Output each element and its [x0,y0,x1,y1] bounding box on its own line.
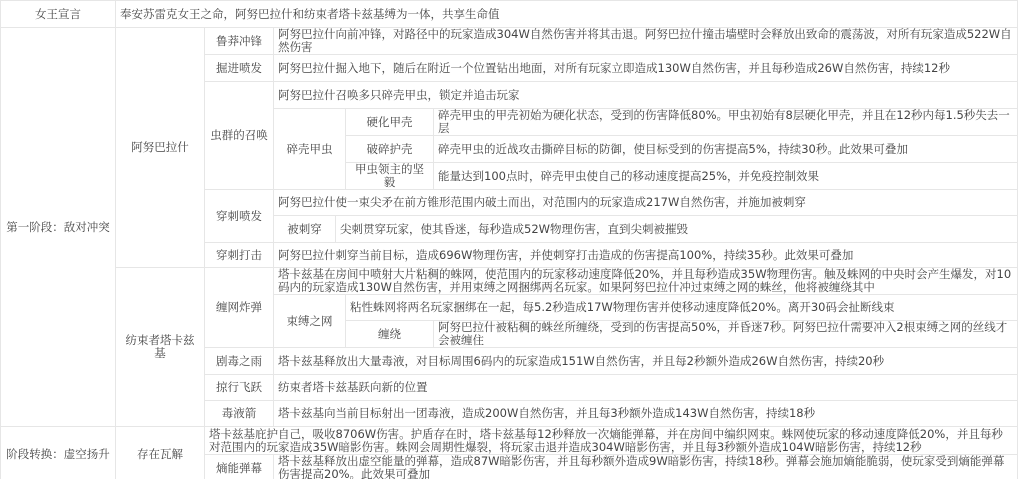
sub-ability-name: 熵能弹幕 [205,455,274,479]
ability-desc: 塔卡兹基向当前目标射出一团毒液，造成200W自然伤害，并且每3秒额外造成143W… [274,401,1018,427]
ability-name: 掠行飞跃 [205,375,274,401]
boss-anubarash-name: 阿努巴拉什 [116,28,205,268]
ability-desc: 阿努巴拉什召唤多只碎壳甲虫，锁定并追击玩家 [274,82,1018,109]
queen-decree-label: 女王宣言 [1,1,116,28]
ability-name: 掘进喷发 [205,55,274,82]
sub-ability-name: 被刺穿 [274,216,336,243]
boss-takazj-name: 纺束者塔卡兹基 [116,268,205,427]
table-row-unravel: 阶段转换：虚空扬升 存在瓦解 塔卡兹基庇护自己，吸收8706W伤害。护盾存在时，… [1,427,1018,455]
sub-ability-name: 束缚之网 [274,295,346,348]
ability-desc: 塔卡兹基庇护自己，吸收8706W伤害。护盾存在时，塔卡兹基每12秒释放一次熵能弹… [205,427,1018,455]
table-row-web-bomb: 纺束者塔卡兹基 缠网炸弹 塔卡兹基在房间中喷射大片粘稠的蛛网，使范围内的玩家移动… [1,268,1018,295]
sub-ability-desc: 阿努巴拉什被粘稠的蛛丝所缠绕，受到的伤害提高50%，并昏迷7秒。阿努巴拉什需要冲… [434,321,1018,348]
ability-name: 穿刺打击 [205,243,274,268]
transition-label: 阶段转换：虚空扬升 [1,427,116,479]
ability-desc: 阿努巴拉什刺穿当前目标，造成696W物理伤害，并使刺穿打击造成的伤害提高100%… [274,243,1018,268]
sub-ability-name: 缠绕 [346,321,434,348]
sub-ability-desc: 粘性蛛网将两名玩家捆绑在一起，每5.2秒造成17W物理伤害并使移动速度降低20%… [346,295,1018,321]
sub-ability-name: 破碎护壳 [346,136,434,163]
queen-decree-desc: 奉安苏雷克女王之命，阿努巴拉什和纺束者塔卡兹基缚为一体，共享生命值 [116,1,1018,28]
ability-name: 缠网炸弹 [205,268,274,348]
ability-name: 剧毒之雨 [205,348,274,375]
sub-ability-name: 甲虫领主的坚毅 [346,163,434,190]
ability-desc: 塔卡兹基释放出大量毒液，对目标周围6码内的玩家造成151W自然伤害，并且每2秒额… [274,348,1018,375]
table-row-queen-decree: 女王宣言 奉安苏雷克女王之命，阿努巴拉什和纺束者塔卡兹基缚为一体，共享生命值 [1,1,1018,28]
ability-name: 鲁莽冲锋 [205,28,274,55]
table-row-reckless-charge: 第一阶段：敌对冲突 阿努巴拉什 鲁莽冲锋 阿努巴拉什向前冲锋，对路径中的玩家造成… [1,28,1018,55]
boss-abilities-table: 女王宣言 奉安苏雷克女王之命，阿努巴拉什和纺束者塔卡兹基缚为一体，共享生命值 第… [0,0,1018,479]
ability-name: 穿刺喷发 [205,190,274,243]
sub-ability-desc: 塔卡兹基释放出虚空能量的弹幕，造成87W暗影伤害，并且每秒额外造成9W暗影伤害，… [274,455,1018,479]
ability-desc: 阿努巴拉什使一束尖矛在前方锥形范围内破土而出，对范围内的玩家造成217W自然伤害… [274,190,1018,216]
sub-ability-desc: 碎壳甲虫的近战攻击撕碎目标的防御，使目标受到的伤害提高5%，持续30秒。此效果可… [434,136,1018,163]
ability-name: 毒液箭 [205,401,274,427]
sub-ability-desc: 能量达到100点时，碎壳甲虫使自己的移动速度提高25%，并免疫控制效果 [434,163,1018,190]
ability-desc: 阿努巴拉什向前冲锋，对路径中的玩家造成304W自然伤害并将其击退。阿努巴拉什撞击… [274,28,1018,55]
ability-desc: 纺束者塔卡兹基跃向新的位置 [274,375,1018,401]
sub-ability-desc: 尖刺贯穿玩家，使其昏迷，每秒造成52W物理伤害，直到尖刺被摧毁 [336,216,1018,243]
add-beetle-name: 碎壳甲虫 [274,109,346,190]
ability-name: 虫群的召唤 [205,82,274,190]
ability-desc: 塔卡兹基在房间中喷射大片粘稠的蛛网，使范围内的玩家移动速度降低20%，并且每秒造… [274,268,1018,295]
sub-ability-desc: 碎壳甲虫的甲壳初始为硬化状态，受到的伤害降低80%。甲虫初始有8层硬化甲壳，并且… [434,109,1018,136]
sub-ability-name: 硬化甲壳 [346,109,434,136]
phase1-label: 第一阶段：敌对冲突 [1,28,116,427]
ability-name: 存在瓦解 [116,427,205,479]
ability-desc: 阿努巴拉什掘入地下，随后在附近一个位置钻出地面，对所有玩家立即造成130W自然伤… [274,55,1018,82]
